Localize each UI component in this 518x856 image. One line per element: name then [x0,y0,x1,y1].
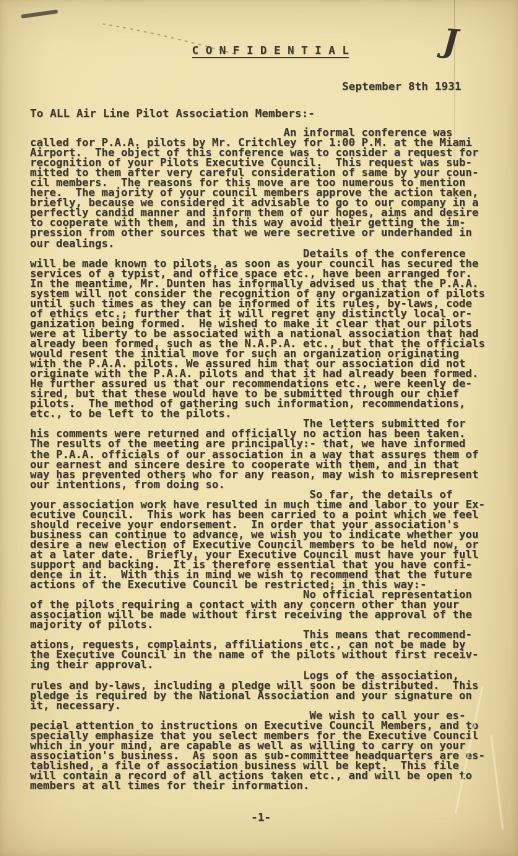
paragraph-4: So far, the details of your association … [30,490,492,590]
page-number: -1- [30,811,492,824]
paragraph-8: We wish to call your es- pecial attentio… [30,711,492,791]
paragraph-7: Logs of the association, rules and by-la… [30,671,492,711]
paragraph-2: Details of the conference will be made k… [30,249,492,420]
paragraph-3: The letters submitted for his comments w… [30,419,492,489]
pencil-mark [21,9,58,18]
document-date: September 8th 1931 [342,81,492,92]
paragraph-1: An informal conference was called for P.… [30,128,492,249]
paragraph-6: This means that recommend- ations, reque… [30,630,492,670]
salutation: To ALL Air Line Pilot Association Member… [30,108,492,119]
letter-body: An informal conference was called for P.… [30,128,492,791]
paragraph-5: No official representation of the pilots… [30,590,492,630]
bottom-right-crease [490,735,504,830]
document-page: J C O N F I D E N T I A L September 8th … [0,0,518,856]
handwritten-j-mark: J [442,24,459,59]
